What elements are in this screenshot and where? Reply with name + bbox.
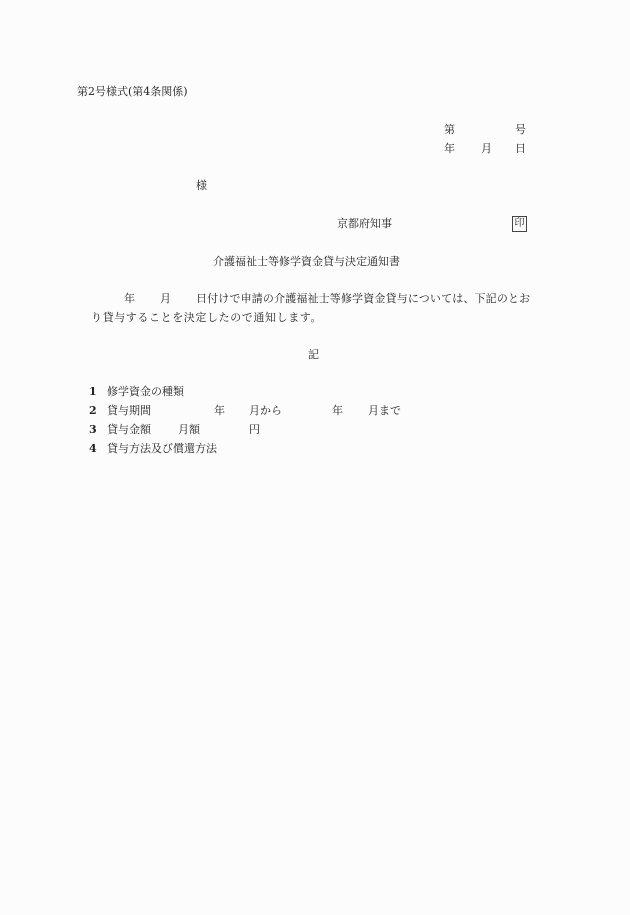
- monthly-label: 月額: [178, 423, 200, 437]
- addressee-honorific: 様: [196, 179, 207, 193]
- seal-mark: 印: [512, 216, 527, 232]
- date-month-label: 月: [481, 142, 492, 156]
- item-number: 4: [89, 442, 97, 456]
- period-to-month: 月まで: [368, 404, 401, 418]
- item-label: 貸与期間: [107, 404, 151, 418]
- body-year-label: 年: [124, 292, 135, 306]
- body-line-1: 日付けで申請の介護福祉士等修学資金貸与については、下記のとお: [196, 292, 530, 306]
- number-prefix: 第: [444, 123, 455, 137]
- period-to-year: 年: [332, 404, 343, 418]
- date-day-label: 日: [515, 142, 526, 156]
- issuer-name: 京都府知事: [337, 217, 392, 231]
- body-month-label: 月: [160, 292, 171, 306]
- period-from-year: 年: [214, 404, 225, 418]
- item-number: 2: [89, 404, 97, 418]
- number-suffix: 号: [515, 123, 526, 137]
- body-line-2: り貸与することを決定したので通知します。: [91, 311, 322, 325]
- ki-heading: 記: [308, 348, 319, 362]
- form-label: 第2号様式(第4条関係): [77, 85, 188, 99]
- item-label: 修学資金の種類: [107, 385, 184, 399]
- date-year-label: 年: [444, 142, 455, 156]
- item-number: 1: [89, 385, 97, 399]
- currency-unit: 円: [249, 423, 260, 437]
- item-label: 貸与方法及び償還方法: [107, 442, 217, 456]
- item-label: 貸与金額: [107, 423, 151, 437]
- item-number: 3: [89, 423, 97, 437]
- document-title: 介護福祉士等修学資金貸与決定通知書: [213, 255, 400, 269]
- period-from-month: 月から: [249, 404, 282, 418]
